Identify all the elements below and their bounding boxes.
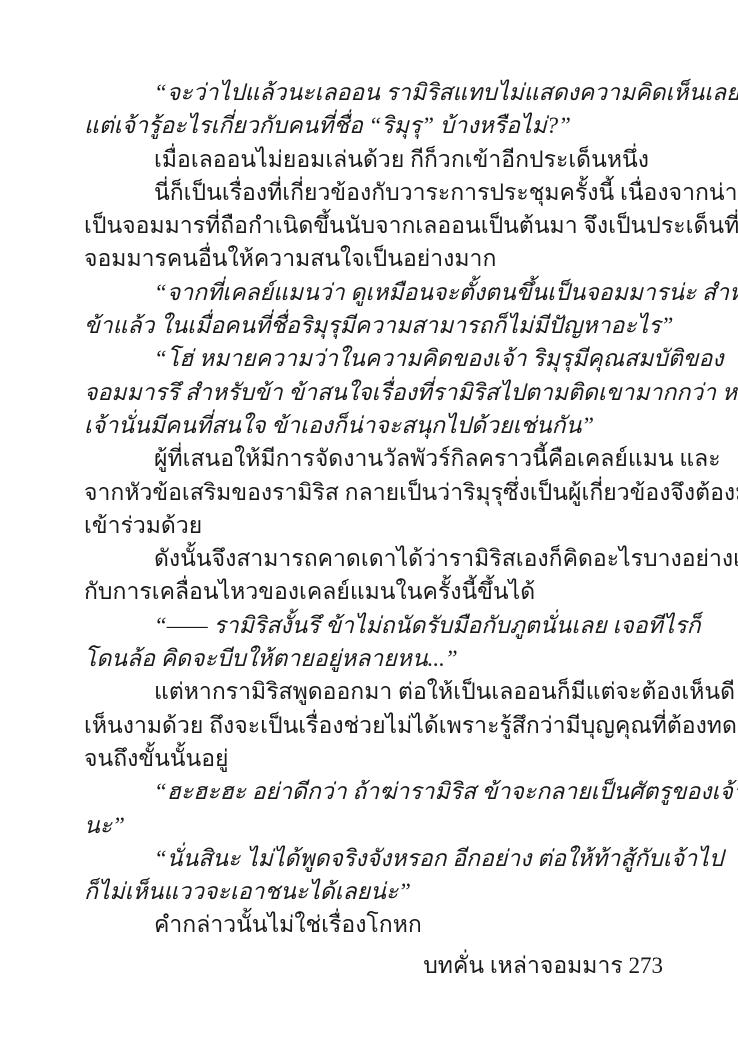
text-line: เห็นงามด้วย ถึงจะเป็นเรื่องช่วยไม่ได้เพร… bbox=[84, 709, 664, 742]
text-line: เป็นจอมมารที่ถือกำเนิดขึ้นนับจากเลออนเป็… bbox=[84, 209, 664, 242]
text-line: “จากที่เคลย์แมนว่า ดูเหมือนจะตั้งตนขึ้นเ… bbox=[84, 276, 664, 309]
text-line: จอมมารรึ สำหรับข้า ข้าสนใจเรื่องที่รามิร… bbox=[84, 376, 664, 409]
text-line: โดนล้อ คิดจะบีบให้ตายอยู่หลายหน...” bbox=[84, 642, 664, 675]
text-line: “นั่นสินะ ไม่ได้พูดจริงจังหรอก อีกอย่าง … bbox=[84, 842, 664, 875]
text-line: เมื่อเลออนไม่ยอมเล่นด้วย กีก็วกเข้าอีกปร… bbox=[84, 143, 664, 176]
text-line: ก็ไม่เห็นแววจะเอาชนะได้เลยน่ะ” bbox=[84, 875, 664, 908]
text-line: กับการเคลื่อนไหวของเคลย์แมนในครั้งนี้ขึ้… bbox=[84, 575, 664, 608]
text-line: “ฮะฮะฮะ อย่าดีกว่า ถ้าฆ่ารามิริส ข้าจะกล… bbox=[84, 775, 664, 808]
text-line: “จะว่าไปแล้วนะเลออน รามิริสแทบไม่แสดงควา… bbox=[84, 76, 664, 109]
footer-text: บทคั่น เหล่าจอมมาร 273 bbox=[423, 953, 663, 978]
text-line: ผู้ที่เสนอให้มีการจัดงานวัลพัวร์กิลคราวน… bbox=[84, 442, 664, 475]
text-line: ดังนั้นจึงสามารถคาดเดาได้ว่ารามิริสเองก็… bbox=[84, 542, 664, 575]
text-line: นี่ก็เป็นเรื่องที่เกี่ยวข้องกับวาระการปร… bbox=[84, 176, 664, 209]
text-line: คำกล่าวนั้นไม่ใช่เรื่องโกหก bbox=[84, 908, 664, 941]
text-line: “—— รามิริสงั้นรึ ข้าไม่ถนัดรับมือกับภูต… bbox=[84, 609, 664, 642]
text-line: จอมมารคนอื่นให้ความสนใจเป็นอย่างมาก bbox=[84, 242, 664, 275]
text-block: “จะว่าไปแล้วนะเลออน รามิริสแทบไม่แสดงควา… bbox=[84, 76, 664, 942]
text-line: จากหัวข้อเสริมของรามิริส กลายเป็นว่าริมุ… bbox=[84, 476, 664, 509]
book-page: “จะว่าไปแล้วนะเลออน รามิริสแทบไม่แสดงควา… bbox=[0, 0, 738, 1051]
text-line: เจ้านั่นมีคนที่สนใจ ข้าเองก็น่าจะสนุกไปด… bbox=[84, 409, 664, 442]
text-line: นะ” bbox=[84, 809, 664, 842]
text-line: จนถึงขั้นนั้นอยู่ bbox=[84, 742, 664, 775]
text-line: “โฮ่ หมายความว่าในความคิดของเจ้า ริมุรุม… bbox=[84, 342, 664, 375]
text-line: เข้าร่วมด้วย bbox=[84, 509, 664, 542]
text-line: แต่เจ้ารู้อะไรเกี่ยวกับคนที่ชื่อ “ริมุรุ… bbox=[84, 109, 664, 142]
page-footer: บทคั่น เหล่าจอมมาร 273 bbox=[423, 951, 663, 981]
text-line: ข้าแล้ว ในเมื่อคนที่ชื่อริมุรุมีความสามา… bbox=[84, 309, 664, 342]
text-line: แต่หากรามิริสพูดออกมา ต่อให้เป็นเลออนก็ม… bbox=[84, 675, 664, 708]
